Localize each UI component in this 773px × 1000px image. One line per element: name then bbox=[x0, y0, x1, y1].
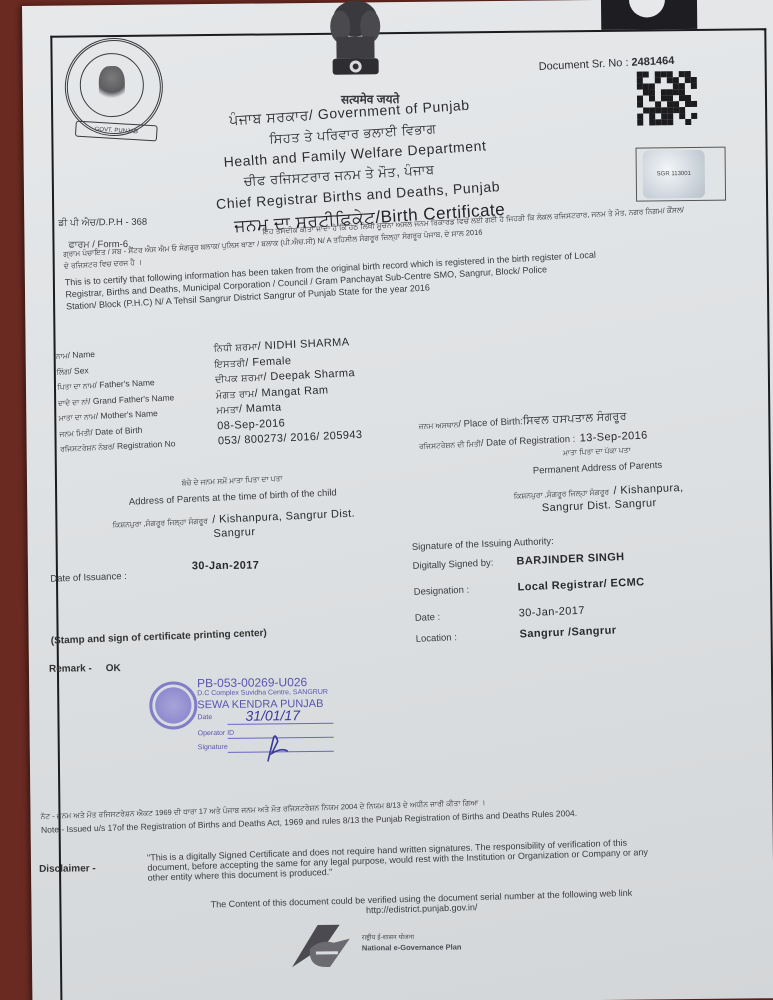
person-details: ਨਾਮ/ Nameਨਿਧੀ ਸ਼ਰਮਾ/ NIDHI SHARMAਲਿੰਗ/ S… bbox=[56, 333, 431, 458]
edistrict-logo-icon bbox=[601, 0, 697, 30]
disclaimer-label: Disclaimer - bbox=[39, 863, 96, 875]
date-of-issuance-value: 30-Jan-2017 bbox=[192, 560, 260, 573]
certificate-sheet: GOVT. PUNJAB सत्यमेव जयते ਪੰਜਾਬ ਸਰਕਾਰ/ G… bbox=[22, 0, 773, 1000]
field-value: 08-Sep-2016 bbox=[217, 417, 285, 432]
stamp-logo-icon bbox=[149, 681, 198, 730]
signature-scribble bbox=[262, 733, 292, 763]
field-value: ਮਮਤਾ/ Mamta bbox=[216, 401, 282, 416]
remark: Remark - OK bbox=[49, 663, 121, 675]
permanent-address: ਮਾਤਾ ਪਿਤਾ ਦਾ ਪੱਕਾ ਪਤਾ Permanent Address … bbox=[447, 440, 750, 519]
field-value: ਇਸਤਰੀ/ Female bbox=[214, 354, 291, 369]
date-of-issuance: Date of Issuance : bbox=[50, 566, 127, 587]
egov-logo-icon bbox=[290, 921, 361, 972]
issuing-authority: Signature of the Issuing Authority: Digi… bbox=[412, 529, 736, 647]
hologram-sticker: SGR 113001 bbox=[636, 147, 727, 202]
egov-hindi-text: राष्ट्रीय ई-शासन योजना bbox=[362, 932, 414, 942]
national-emblem-icon bbox=[324, 0, 387, 85]
egov-text: National e-Governance Plan bbox=[362, 942, 462, 952]
sewa-kendra-stamp: PB-053-00269-U026 D.C Complex Suvidha Ce… bbox=[149, 675, 350, 777]
qr-code-icon bbox=[637, 71, 698, 126]
form-code: ਡੀ ਪੀ ਐਚ/D.P.H - 368 bbox=[58, 217, 147, 229]
